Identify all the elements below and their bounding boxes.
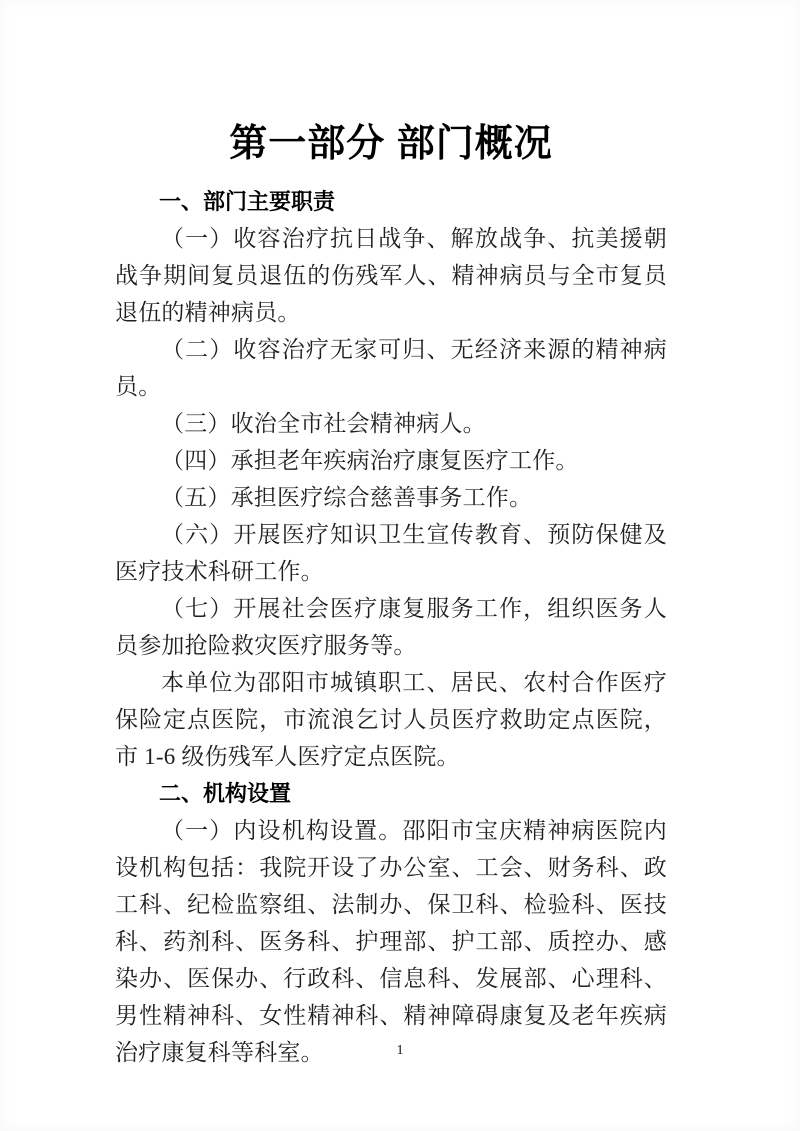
paragraph-duty-3: （三）收治全市社会精神病人。 [115, 405, 667, 442]
section-heading-organization: 二、机构设置 [115, 775, 667, 812]
section-heading-main-duties: 一、部门主要职责 [115, 183, 667, 220]
page-number: 1 [0, 1042, 800, 1060]
paragraph-duty-5: （五）承担医疗综合慈善事务工作。 [115, 479, 667, 516]
document-page: 第一部分 部门概况 一、部门主要职责 （一）收容治疗抗日战争、解放战争、抗美援朝… [0, 0, 800, 1131]
paragraph-duty-6: （六）开展医疗知识卫生宣传教育、预防保健及医疗技术科研工作。 [115, 516, 667, 590]
paragraph-designated-hospital: 本单位为邵阳市城镇职工、居民、农村合作医疗保险定点医院，市流浪乞讨人员医疗救助定… [115, 664, 667, 775]
paragraph-duty-4: （四）承担老年疾病治疗康复医疗工作。 [115, 442, 667, 479]
document-body: 第一部分 部门概况 一、部门主要职责 （一）收容治疗抗日战争、解放战争、抗美援朝… [115, 121, 667, 1071]
paragraph-duty-1: （一）收容治疗抗日战争、解放战争、抗美援朝战争期间复员退伍的伤残军人、精神病员与… [115, 220, 667, 331]
document-title: 第一部分 部门概况 [115, 121, 667, 167]
paragraph-internal-organization: （一）内设机构设置。邵阳市宝庆精神病医院内设机构包括：我院开设了办公室、工会、财… [115, 812, 667, 1071]
paragraph-duty-7: （七）开展社会医疗康复服务工作，组织医务人员参加抢险救灾医疗服务等。 [115, 590, 667, 664]
paragraph-duty-2: （二）收容治疗无家可归、无经济来源的精神病员。 [115, 331, 667, 405]
